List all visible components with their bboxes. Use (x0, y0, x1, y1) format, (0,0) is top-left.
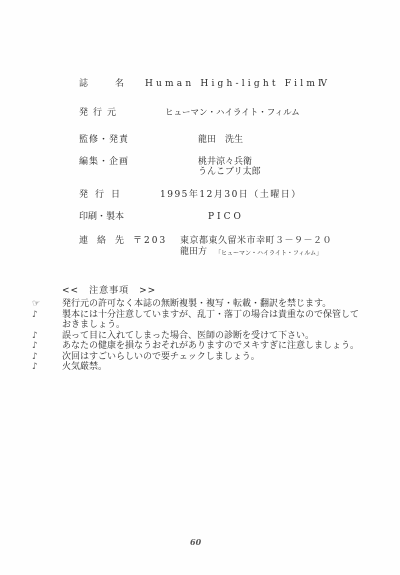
note-text: 火気厳禁。 (62, 362, 362, 373)
title-label: 誌 名 (79, 79, 133, 90)
publisher-value: ヒューマン・ハイライト・フィルム (165, 108, 300, 119)
date-value: 1995年12月30日（土曜日） (160, 190, 302, 201)
publisher-label: 発行元 (79, 108, 121, 119)
note-item: ♪ あなたの健康を損なうおそれがありますのでヌキすぎに注意しましょう。 (30, 341, 380, 352)
note-item: ☞ 発行元の許可なく本誌の無断複製・複写・転載・翻訳を禁じます。 (30, 299, 380, 310)
notes-header: << 注意事項 >> (62, 286, 156, 297)
pointing-hand-icon: ☞ (32, 299, 40, 310)
note-text: 誤って目に入れてしまった場合、医師の診断を受けて下さい。 (62, 331, 362, 342)
printer-label: 印刷・製本 (79, 212, 124, 223)
colophon-page: 誌 名 Human High-light FilmⅣ 発行元 ヒューマン・ハイラ… (0, 0, 400, 575)
date-label: 発行日 (79, 190, 127, 201)
supervisor-value: 龍田 洗生 (198, 135, 243, 146)
notes-list: ☞ 発行元の許可なく本誌の無断複製・複写・転載・翻訳を禁じます。 ♪ 製本には十… (30, 299, 380, 373)
note-item: ♪ 次回はすごいらしいので要チェックしましょう。 (30, 352, 380, 363)
contact-postal: 〒203 (133, 236, 167, 247)
note-text: 製本には十分注意していますが、乱丁・落丁の場合は貴重なので保管しておきましょう。 (62, 310, 362, 331)
editor-label: 編集・企画 (79, 157, 129, 168)
music-note-icon: ♪ (32, 331, 38, 342)
contact-label: 連絡先 (79, 236, 133, 247)
note-text: あなたの健康を損なうおそれがありますのでヌキすぎに注意しましょう。 (62, 341, 362, 352)
music-note-icon: ♪ (32, 352, 38, 363)
editor-name-1: 桃井涼々兵衛 (198, 157, 261, 167)
supervisor-label: 監修・発責 (79, 135, 129, 146)
note-item: ♪ 製本には十分注意していますが、乱丁・落丁の場合は貴重なので保管しておきましょ… (30, 310, 380, 331)
editor-name-2: うんこブリ太郎 (198, 167, 261, 177)
title-value: Human High-light FilmⅣ (145, 79, 330, 90)
note-item: ♪ 誤って目に入れてしまった場合、医師の診断を受けて下さい。 (30, 331, 380, 342)
music-note-icon: ♪ (32, 310, 38, 321)
note-text: 次回はすごいらしいので要チェックしましょう。 (62, 352, 362, 363)
contact-care-of-name: 「ヒューマン・ハイライト・フィルム」 (215, 248, 322, 259)
music-note-icon: ♪ (32, 362, 38, 373)
contact-address: 東京都東久留米市幸町３－９－２０ (180, 236, 332, 247)
note-text: 発行元の許可なく本誌の無断複製・複写・転載・翻訳を禁じます。 (62, 299, 362, 310)
contact-care-of: 龍田方 (180, 247, 207, 258)
editor-values: 桃井涼々兵衛 うんこブリ太郎 (198, 157, 261, 177)
music-note-icon: ♪ (32, 341, 38, 352)
printer-value: PICO (208, 212, 244, 223)
note-item: ♪ 火気厳禁。 (30, 362, 380, 373)
page-number: 60 (190, 537, 201, 547)
